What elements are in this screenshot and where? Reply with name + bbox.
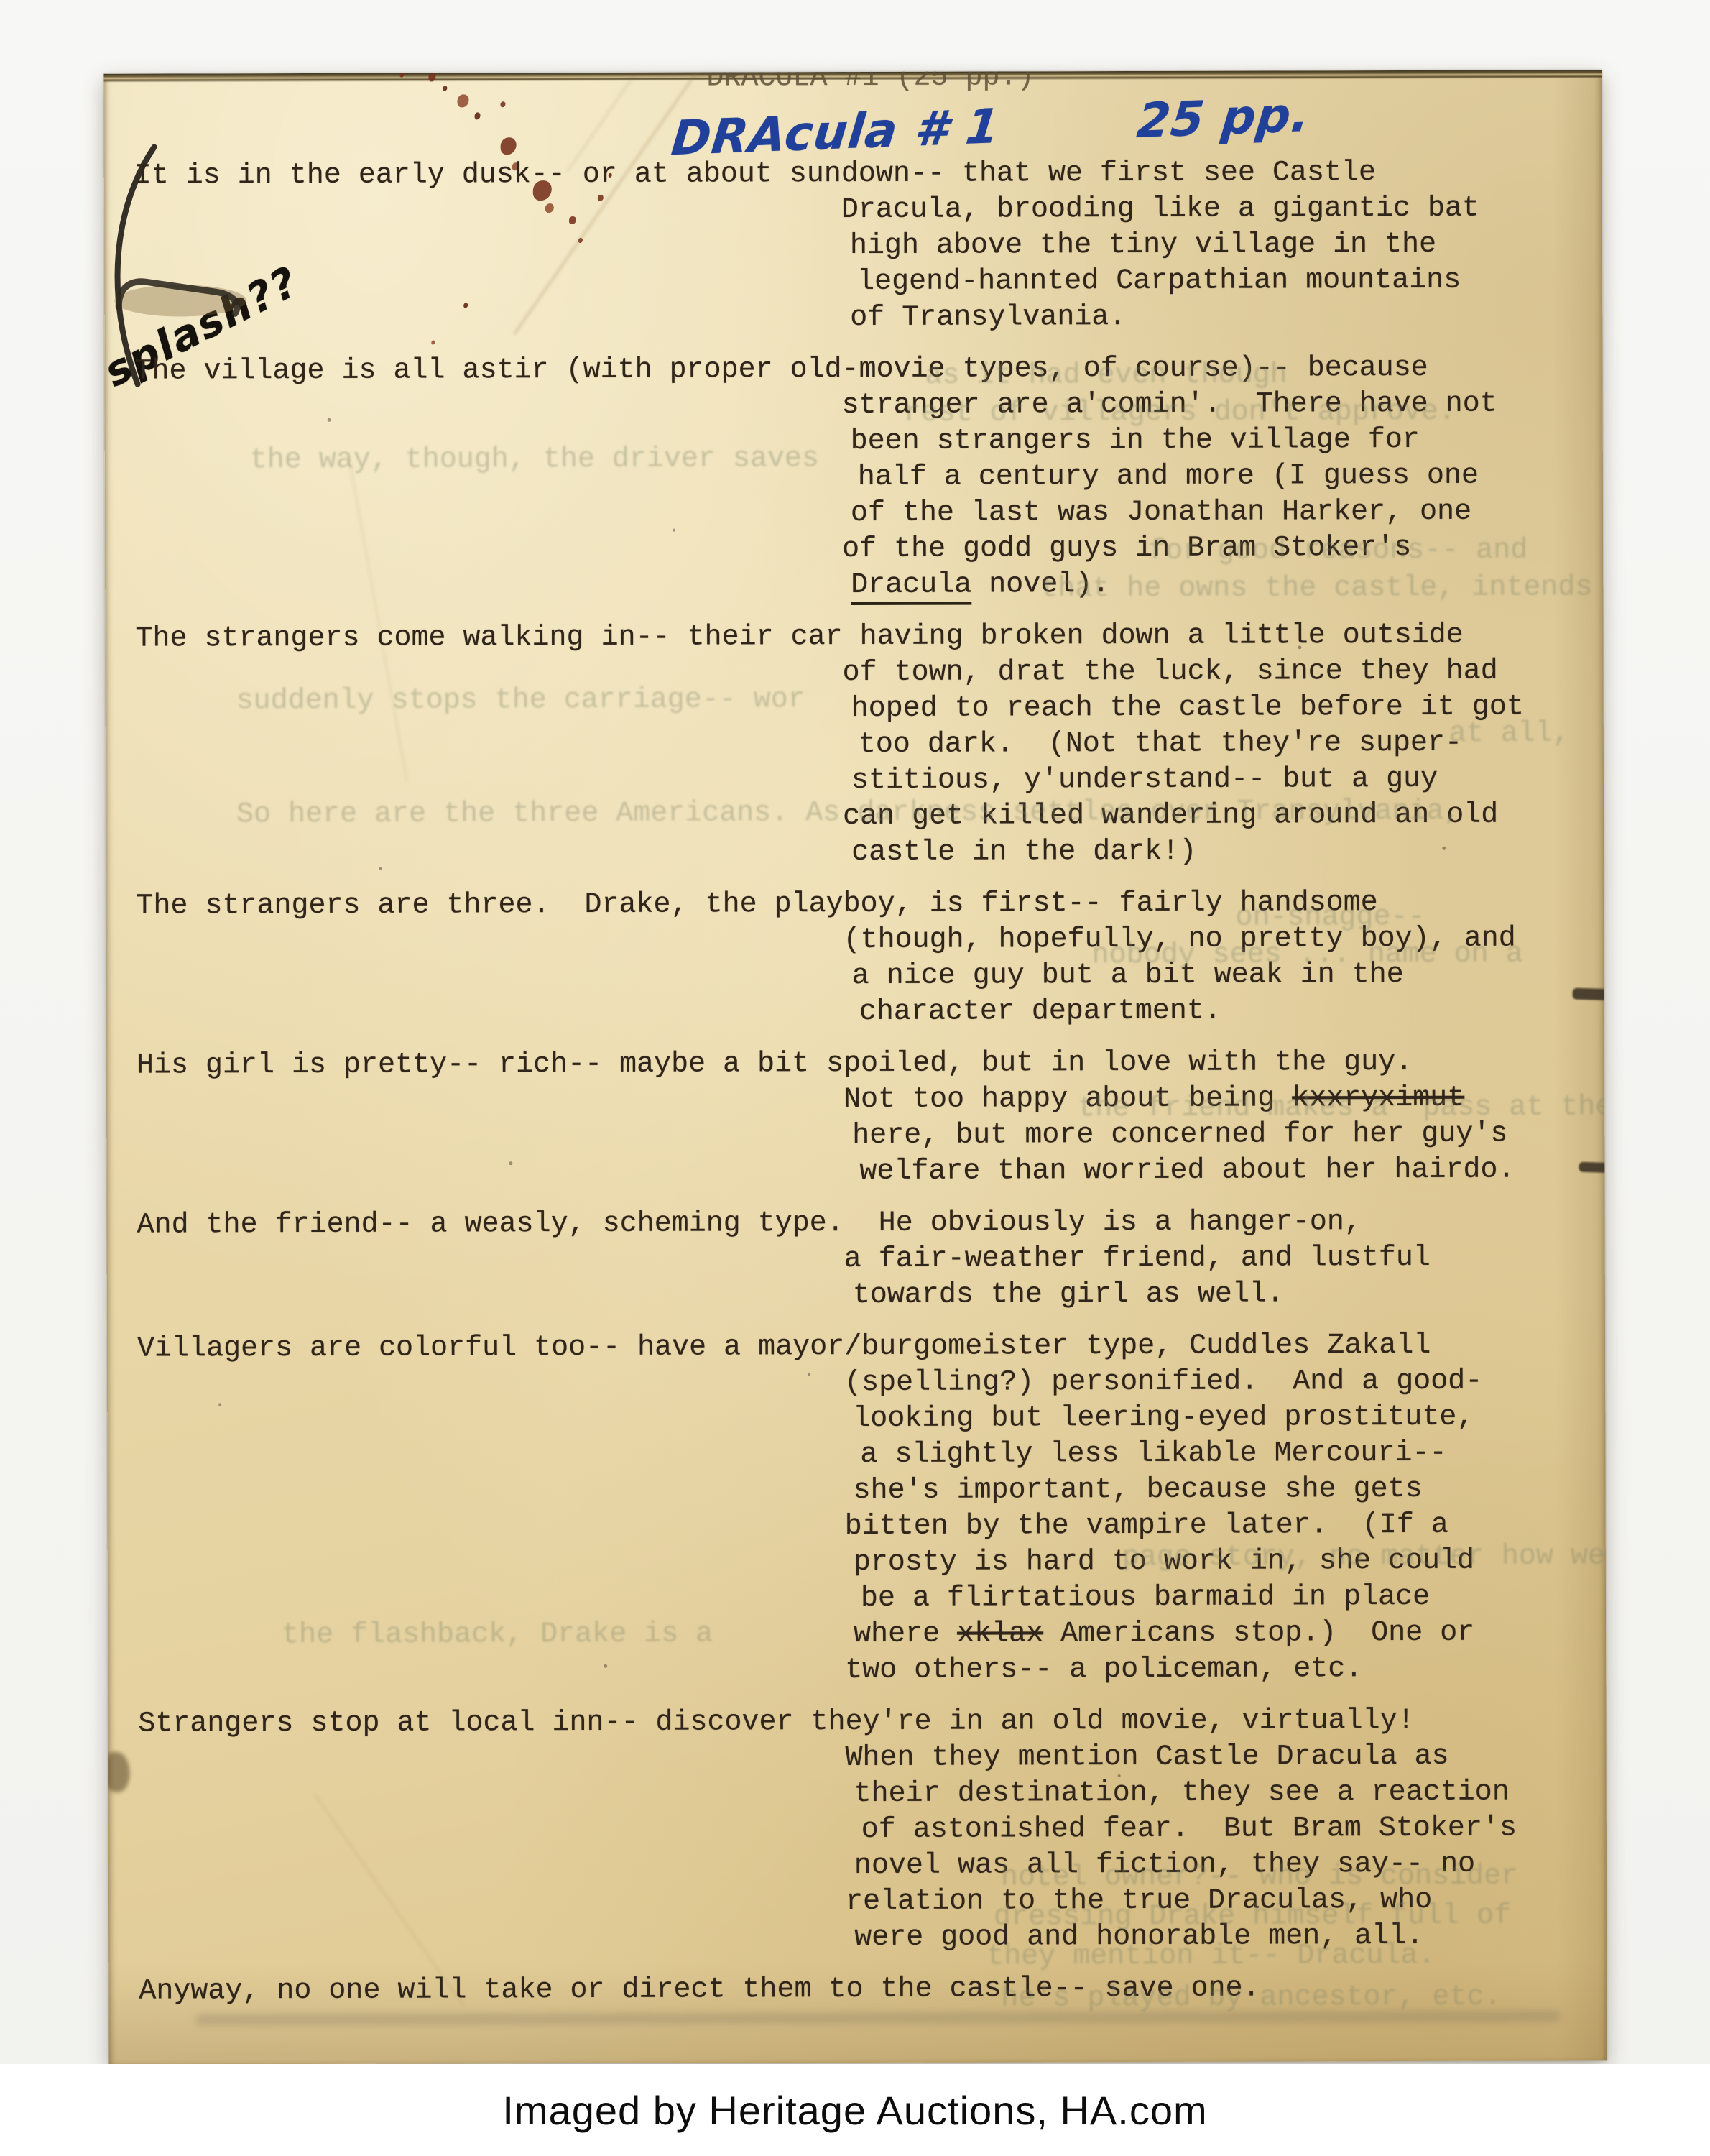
document-page: DRACULA #1 (25 pp.) DRAcula # 1 25 pp. s… [103, 70, 1607, 2064]
bleedthrough-text: that he owns the castle, intends to [1040, 571, 1607, 607]
bleedthrough-text: on-snagge-- [1235, 900, 1425, 936]
typed-line: And the friend-- a weasly, scheming type… [137, 1204, 1560, 1243]
watermark-footer: Imaged by Heritage Auctions, HA.com [502, 2087, 1207, 2134]
typed-line: a slightly less likable Mercouri-- [860, 1435, 1560, 1473]
staple-mark [1572, 988, 1607, 1001]
typed-page-header: DRACULA #1 (25 pp.) [706, 70, 1034, 94]
typed-line: welfare than worried about her hairdo. [859, 1152, 1559, 1190]
stain-dot [443, 86, 447, 91]
stain-dot [431, 341, 435, 345]
bleedthrough-text: they mention it-- Dracula. [986, 1939, 1435, 1975]
typed-line: of astonished fear. But Bram Stoker's [861, 1810, 1561, 1848]
typed-line: half a century and more (I guess one [858, 458, 1558, 496]
typed-line: Villagers are colorful too-- have a mayo… [137, 1327, 1560, 1367]
typed-line: a fair-weather friend, and lustful [844, 1240, 1560, 1278]
typed-paragraph-1: It is in the early dusk-- or at about su… [134, 155, 1558, 338]
bleedthrough-text: at all, [1449, 717, 1570, 751]
stain-dot [500, 101, 505, 107]
bleedthrough-text: rest of villagers don't approve. [904, 395, 1456, 431]
scan-smudge [195, 2010, 1560, 2025]
typed-line: character department. [859, 992, 1559, 1031]
typed-line: When they mention Castle Dracula as [845, 1738, 1561, 1777]
typed-line: The strangers come walking in-- their ca… [135, 617, 1558, 657]
stain-dot [475, 112, 481, 119]
bleedthrough-text: page story, no matter how well known, [1122, 1539, 1607, 1575]
stain-dot [457, 94, 468, 107]
typed-line: Strangers stop at local inn-- discover t… [138, 1703, 1561, 1742]
struck-out-word: xklax [957, 1618, 1043, 1650]
underlined-word: Dracula [851, 569, 971, 605]
typed-line: be a flirtatious barmaid in place [861, 1579, 1561, 1617]
typed-paragraph-3: The strangers come walking in-- their ca… [135, 617, 1558, 872]
typed-line: His girl is pretty-- rich-- maybe a bit … [137, 1044, 1559, 1084]
typed-line: looking but leering-eyed prostitute, [853, 1399, 1560, 1437]
typed-line: she's important, because she gets [853, 1471, 1560, 1509]
footer-band: Imaged by Heritage Auctions, HA.com [0, 2064, 1710, 2156]
typed-line: of town, drat the luck, since they had [843, 653, 1558, 691]
handwritten-title: DRAcula # 1 25 pp. [669, 87, 1313, 167]
bleedthrough-text: for good reasons-- and [1148, 534, 1528, 569]
document-scan: DRACULA #1 (25 pp.) DRAcula # 1 25 pp. s… [0, 0, 1710, 2156]
typed-line: The village is all astir (with proper ol… [134, 350, 1557, 390]
bleedthrough-text: suddenly stops the carriage-- wor [236, 683, 805, 719]
bleedthrough-text: hotel owner?-- who is consider [1001, 1860, 1518, 1896]
bleedthrough-text: the way, though, the driver saves [250, 442, 819, 478]
typed-line: two others-- a policeman, etc. [845, 1651, 1561, 1689]
bleedthrough-text: dressing Drake himself full of [994, 1899, 1511, 1935]
bleedthrough-text: nobody sees ... name on a [1092, 938, 1523, 974]
typed-text: where [854, 1618, 957, 1651]
typed-line: towards the girl as well. [853, 1276, 1560, 1314]
typed-line: their destination, they see a reaction [854, 1774, 1561, 1812]
edge-tear [105, 1752, 129, 1792]
bleedthrough-text: the friend makes a pass at the girl. [1078, 1090, 1607, 1126]
typed-line: stitious, y'understand-- but a guy [851, 761, 1558, 799]
typed-line: of Transylvania. [850, 298, 1557, 336]
typed-line: Dracula, brooding like a gigantic bat [841, 190, 1557, 229]
staple-mark [1579, 1162, 1607, 1173]
typed-line: high above the tiny village in the [850, 226, 1557, 264]
bleedthrough-text: So here are the three Americans. As dark… [236, 795, 1461, 832]
typed-line: legend-hannted Carpathian mountains [857, 262, 1557, 300]
stain-dot [501, 137, 517, 155]
bleedthrough-text: the flashback, Drake is a [282, 1618, 713, 1654]
typed-line: castle in the dark!) [851, 833, 1558, 871]
typed-line: of the last was Jonathan Harker, one [851, 494, 1558, 532]
typed-text: Americans stop.) One or [1043, 1617, 1474, 1651]
typed-line: It is in the early dusk-- or at about su… [134, 155, 1557, 194]
typed-line: (spelling?) personified. And a good- [844, 1363, 1560, 1401]
bleedthrough-text: as it had even though [925, 358, 1287, 393]
typed-paragraph-6: And the friend-- a weasly, scheming type… [137, 1204, 1560, 1315]
typed-line: where xklax Americans stop.) One or [854, 1615, 1561, 1653]
